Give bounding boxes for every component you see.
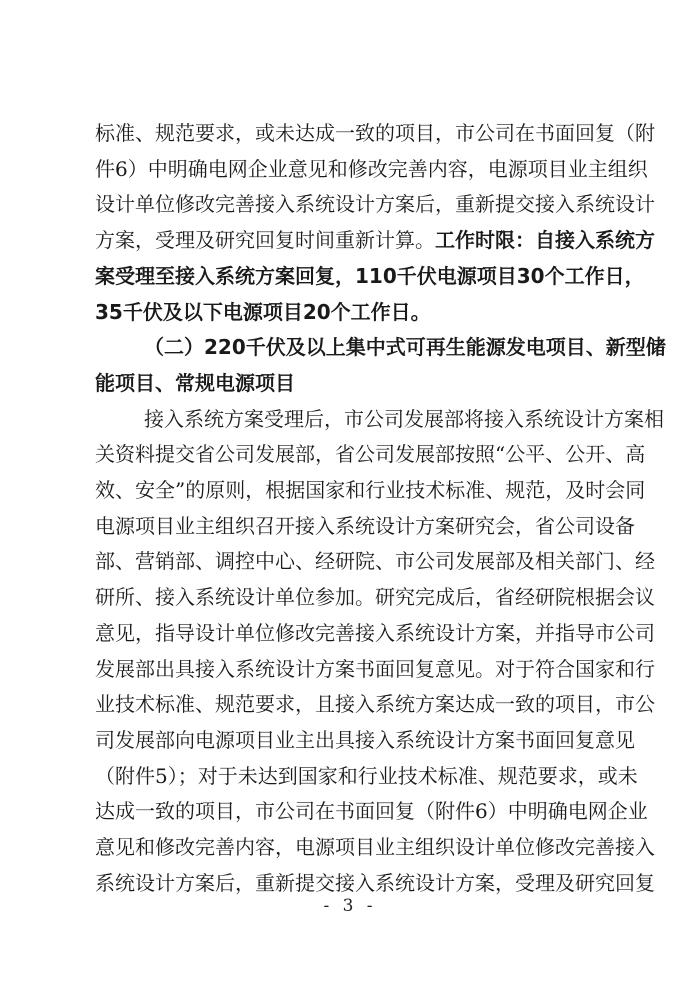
body-text-line: 方案，受理及研究回复时间重新计算。工作时限：自接入系统方 <box>95 225 608 255</box>
section-heading-text: （二）220千伏及以上集中式可再生能源发电项目、新型储 <box>144 335 666 359</box>
text-segment: 达成一致的项目，市公司在书面回复（附件6）中明确电网企业 <box>95 799 648 823</box>
body-text-line: 业技术标准、规范要求，且接入系统方案达成一致的项目，市公 <box>95 689 608 719</box>
body-text-line: 研所、接入系统设计单位参加。研究完成后，省经研院根据会议 <box>95 582 608 612</box>
body-text-line: 意见和修改完善内容，电源项目业主组织设计单位修改完善接入 <box>95 832 608 862</box>
text-segment: 发展部出具接入系统设计方案书面回复意见。对于符合国家和行 <box>95 657 655 681</box>
text-segment: 关资料提交省公司发展部，省公司发展部按照“公平、公开、高 <box>95 442 645 466</box>
text-segment: 电源项目业主组织召开接入系统设计方案研究会，省公司设备 <box>95 514 635 538</box>
section-heading: （二）220千伏及以上集中式可再生能源发电项目、新型储 <box>144 332 608 362</box>
work-time-limit-line: 35千伏及以下电源项目20个工作日。 <box>95 297 608 327</box>
body-text-line: （附件5）；对于未达到国家和行业技术标准、规范要求，或未 <box>95 761 608 791</box>
text-segment: 件6）中明确电网企业意见和修改完善内容，电源项目业主组织 <box>95 157 648 181</box>
work-time-limit-line: 案受理至接入系统方案回复，110千伏电源项目30个工作日， <box>95 261 608 291</box>
body-text-line: 发展部出具接入系统设计方案书面回复意见。对于符合国家和行 <box>95 654 608 684</box>
text-segment: 部、营销部、调控中心、经研院、市公司发展部及相关部门、经 <box>95 549 655 573</box>
page-number: - 3 - <box>0 896 700 916</box>
text-segment: 35千伏及以下电源项目20个工作日。 <box>95 300 431 324</box>
body-text-line: 效、安全”的原则，根据国家和行业技术标准、规范，及时会同 <box>95 475 608 505</box>
text-segment: 研所、接入系统设计单位参加。研究完成后，省经研院根据会议 <box>95 585 655 609</box>
text-segment: 业技术标准、规范要求，且接入系统方案达成一致的项目，市公 <box>95 692 655 716</box>
section-heading: 能项目、常规电源项目 <box>95 368 608 398</box>
text-segment: （附件5）；对于未达到国家和行业技术标准、规范要求，或未 <box>95 764 638 788</box>
section-heading-text: 能项目、常规电源项目 <box>95 371 295 395</box>
text-segment: 设计单位修改完善接入系统设计方案后，重新提交接入系统设计 <box>95 192 655 216</box>
text-segment: 案受理至接入系统方案回复，110千伏电源项目30个工作日， <box>95 264 645 288</box>
body-text-line: 标准、规范要求，或未达成一致的项目，市公司在书面回复（附 <box>95 118 608 148</box>
body-text-line: 系统设计方案后，重新提交接入系统设计方案，受理及研究回复 <box>95 868 608 898</box>
text-segment: 效、安全”的原则，根据国家和行业技术标准、规范，及时会同 <box>95 478 645 502</box>
work-time-limit-bold: 工作时限：自接入系统方 <box>435 228 655 252</box>
body-text-line: 意见，指导设计单位修改完善接入系统设计方案，并指导市公司 <box>95 618 608 648</box>
body-text-line: 司发展部向电源项目业主出具接入系统设计方案书面回复意见 <box>95 725 608 755</box>
text-segment: 司发展部向电源项目业主出具接入系统设计方案书面回复意见 <box>95 728 635 752</box>
body-text-line: 电源项目业主组织召开接入系统设计方案研究会，省公司设备 <box>95 511 608 541</box>
body-text-line: 部、营销部、调控中心、经研院、市公司发展部及相关部门、经 <box>95 546 608 576</box>
text-segment: 意见，指导设计单位修改完善接入系统设计方案，并指导市公司 <box>95 621 655 645</box>
text-segment: 意见和修改完善内容，电源项目业主组织设计单位修改完善接入 <box>95 835 655 859</box>
body-text-line: 设计单位修改完善接入系统设计方案后，重新提交接入系统设计 <box>95 189 608 219</box>
body-text-line: 达成一致的项目，市公司在书面回复（附件6）中明确电网企业 <box>95 796 608 826</box>
text-segment: 接入系统方案受理后，市公司发展部将接入系统设计方案相 <box>144 407 664 431</box>
document-page: 标准、规范要求，或未达成一致的项目，市公司在书面回复（附 件6）中明确电网企业意… <box>0 0 700 989</box>
text-segment: 系统设计方案后，重新提交接入系统设计方案，受理及研究回复 <box>95 871 655 895</box>
body-text-line: 关资料提交省公司发展部，省公司发展部按照“公平、公开、高 <box>95 439 608 469</box>
text-segment: 方案，受理及研究回复时间重新计算。 <box>95 228 435 252</box>
body-text-line: 接入系统方案受理后，市公司发展部将接入系统设计方案相 <box>144 404 608 434</box>
text-segment: 标准、规范要求，或未达成一致的项目，市公司在书面回复（附 <box>95 121 655 145</box>
body-text-line: 件6）中明确电网企业意见和修改完善内容，电源项目业主组织 <box>95 154 608 184</box>
